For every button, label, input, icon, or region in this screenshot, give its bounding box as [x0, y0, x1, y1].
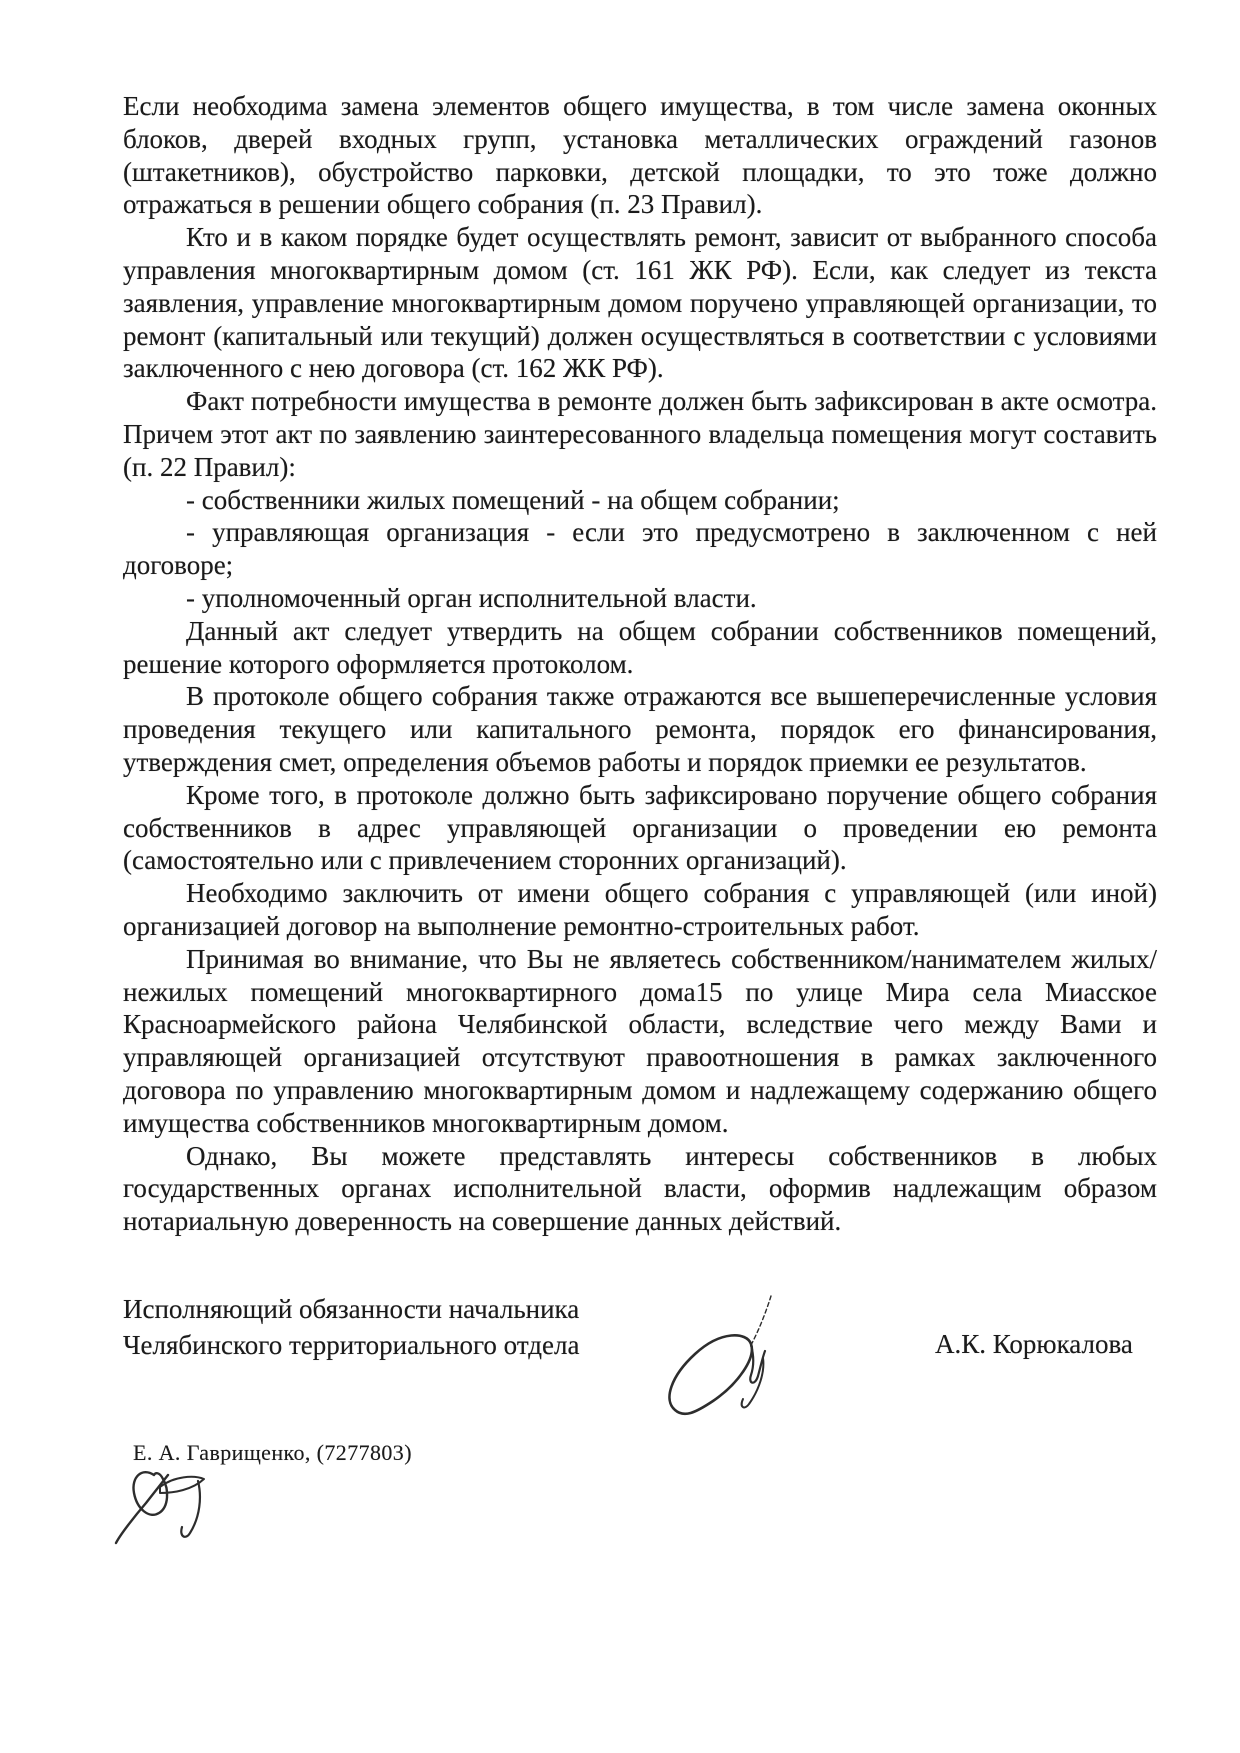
paragraph: Если необходима замена элементов общего …: [123, 90, 1157, 221]
signatory-title-line2: Челябинского территориального отдела: [123, 1328, 579, 1364]
list-item: - собственники жилых помещений - на обще…: [123, 484, 1157, 517]
letter-body: Если необходима замена элементов общего …: [123, 90, 1157, 1238]
paragraph: Кто и в каком порядке будет осуществлять…: [123, 221, 1157, 385]
head-signature-icon: [655, 1288, 785, 1423]
list-item: - управляющая организация - если это пре…: [123, 516, 1157, 582]
paragraph: Данный акт следует утвердить на общем со…: [123, 615, 1157, 681]
paragraph: Однако, Вы можете представлять интересы …: [123, 1140, 1157, 1238]
signatory-title: Исполняющий обязанности начальника Челяб…: [123, 1292, 579, 1363]
signatory-title-line1: Исполняющий обязанности начальника: [123, 1292, 579, 1328]
paragraph: Факт потребности имущества в ремонте дол…: [123, 385, 1157, 483]
paragraph: Принимая во внимание, что Вы не являетес…: [123, 943, 1157, 1140]
paragraph: В протоколе общего собрания также отража…: [123, 680, 1157, 778]
scanned-letter-page: Если необходима замена элементов общего …: [0, 0, 1240, 1753]
paragraph: Необходимо заключить от имени общего соб…: [123, 877, 1157, 943]
executor-signature-icon: [110, 1463, 220, 1563]
paragraph: Кроме того, в протоколе должно быть зафи…: [123, 779, 1157, 877]
signatory-name: А.К. Корюкалова: [935, 1329, 1133, 1360]
list-item: - уполномоченный орган исполнительной вл…: [123, 582, 1157, 615]
